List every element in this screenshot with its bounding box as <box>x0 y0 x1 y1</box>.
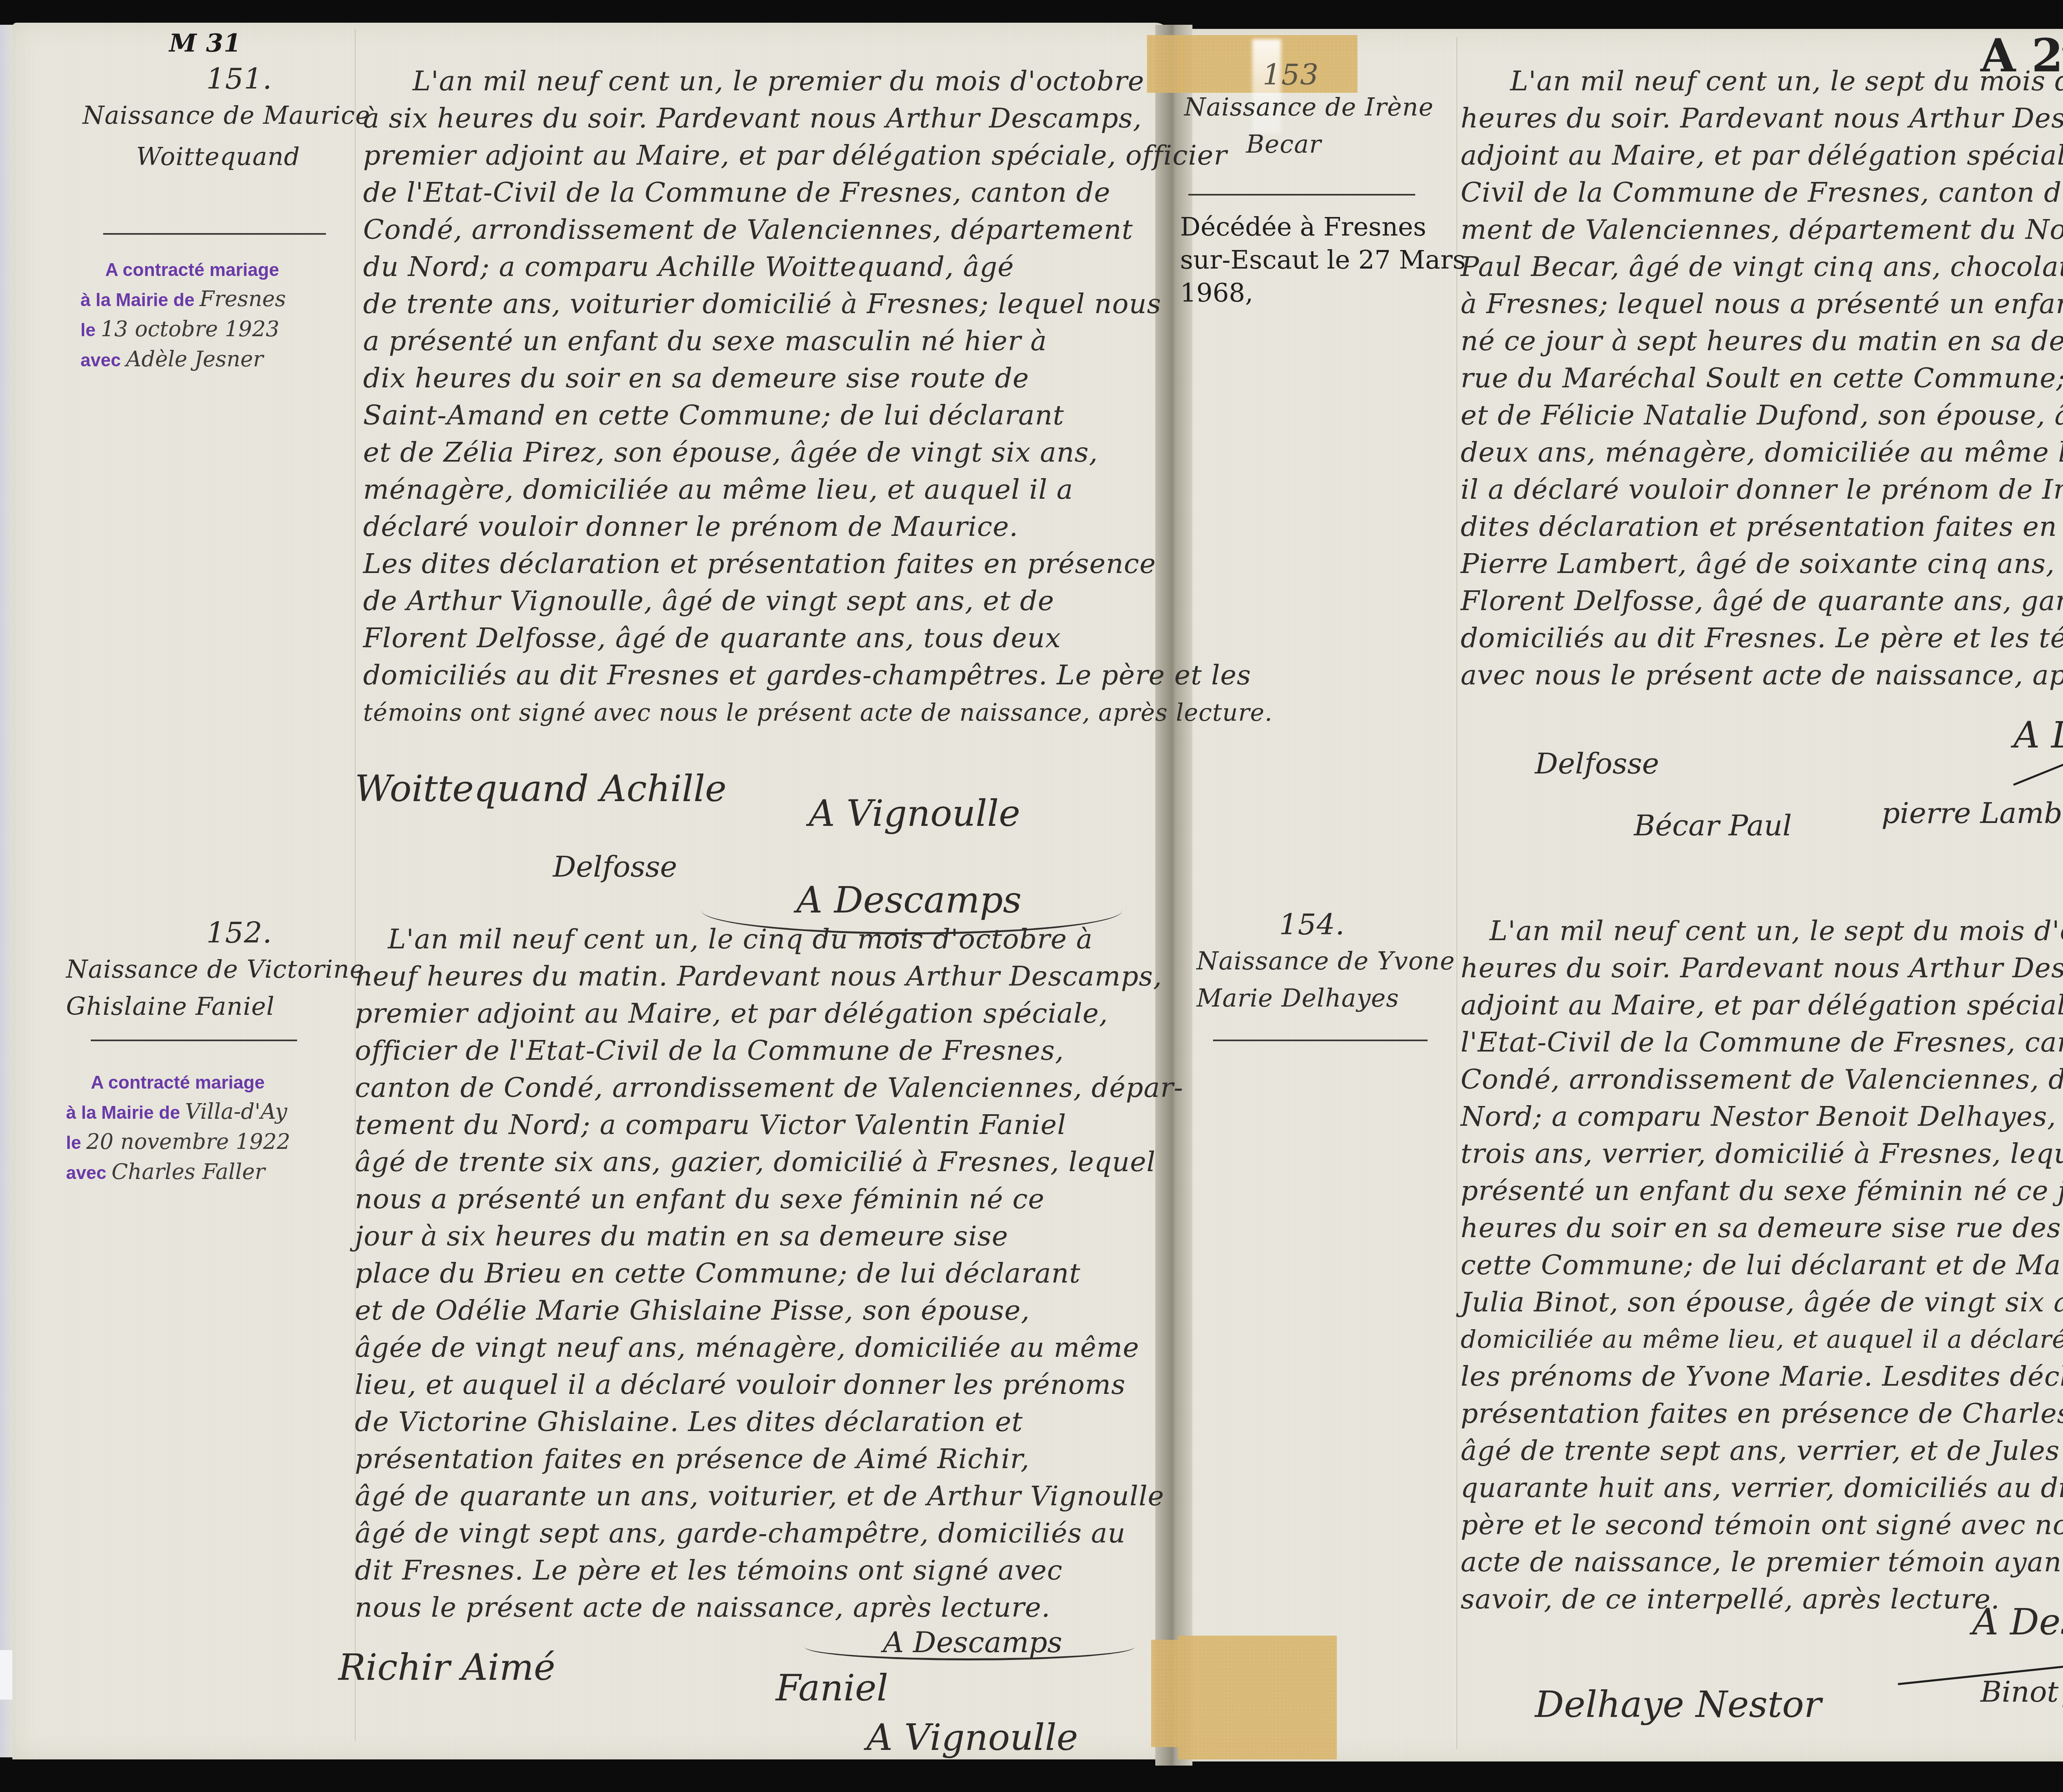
body-line: officier de l'Etat-Civil de la Commune d… <box>355 1031 1064 1070</box>
signature: A Vignoulle <box>809 792 1020 835</box>
body-line: Julia Binot, son épouse, âgée de vingt s… <box>1461 1283 2063 1322</box>
body-line: premier adjoint au Maire, et par délégat… <box>355 994 1108 1033</box>
body-line: et de Zélia Pirez, son épouse, âgée de v… <box>363 433 1098 472</box>
marriage-stamp: A contracté mariage à la Mairie de Fresn… <box>80 256 286 375</box>
stamp-fill: 13 octobre 1923 <box>101 317 279 342</box>
body-line: Florent Delfosse, âgé de quarante ans, g… <box>1461 582 2063 620</box>
stamp-line: A contracté mariage <box>66 1068 290 1097</box>
signature: Faniel <box>776 1667 888 1709</box>
body-line: témoins ont signé avec nous le présent a… <box>363 693 1272 732</box>
body-line: ment de Valenciennes, département du Nor… <box>1461 210 2063 249</box>
body-line: Florent Delfosse, âgé de quarante ans, t… <box>363 619 1061 658</box>
act-number: 154. <box>1279 908 1345 941</box>
body-line: avec nous le présent acte de naissance, … <box>1461 656 2063 695</box>
repair-tape <box>1151 1640 1180 1747</box>
signature: Binot jules <box>1980 1675 2063 1709</box>
body-line: Saint-Amand en cette Commune; de lui déc… <box>363 396 1064 435</box>
margin-title: Naissance de Victorine <box>66 953 365 986</box>
body-line: de Arthur Vignoulle, âgé de vingt sept a… <box>363 582 1054 620</box>
body-line: nous le présent acte de naissance, après… <box>355 1588 1050 1627</box>
signature-flourish <box>805 1634 1135 1660</box>
body-line: à Fresnes; lequel nous a présenté un enf… <box>1461 285 2063 323</box>
margin-title: Woittequand <box>136 140 300 173</box>
act-number: 153 <box>1263 58 1319 92</box>
body-line: âgée de vingt neuf ans, ménagère, domici… <box>355 1328 1139 1367</box>
signature: A Descamps <box>1972 1601 2063 1643</box>
signature: Woittequand Achille <box>355 767 727 810</box>
signature: A Vignoulle <box>866 1716 1078 1759</box>
body-line: dix heures du soir en sa demeure sise ro… <box>363 359 1029 398</box>
stamp-fill: Villa-d'Ay <box>185 1099 288 1124</box>
body-line: domiciliés au dit Fresnes. Le père et le… <box>1461 619 2063 658</box>
body-line: présentation faites en présence de Charl… <box>1461 1394 2063 1433</box>
body-line: et de Félicie Natalie Dufond, son épouse… <box>1461 396 2063 435</box>
section-rule <box>91 1040 297 1041</box>
body-line: savoir, de ce interpellé, après lecture. <box>1461 1580 2000 1619</box>
repair-tape <box>1178 1636 1337 1759</box>
signature: Richir Aimé <box>338 1646 555 1688</box>
body-line: de Victorine Ghislaine. Les dites déclar… <box>355 1403 1023 1441</box>
death-annotation-line: sur-Escaut le 27 Mars <box>1180 243 1466 276</box>
stamp-prefix: à la Mairie de <box>80 290 194 310</box>
stamp-fill: Fresnes <box>200 287 286 311</box>
top-left-marks: M 31 <box>169 29 241 58</box>
body-line: présentation faites en présence de Aimé … <box>355 1440 1030 1478</box>
body-line: trois ans, verrier, domicilié à Fresnes,… <box>1461 1134 2063 1173</box>
body-line: premier adjoint au Maire, et par délégat… <box>363 136 1227 175</box>
death-annotation-line: Décédée à Fresnes <box>1180 210 1466 243</box>
body-line: heures du soir en sa demeure sise rue de… <box>1461 1209 2063 1247</box>
body-line: L'an mil neuf cent un, le sept du mois d… <box>1489 912 2063 950</box>
body-line: dit Fresnes. Le père et les témoins ont … <box>355 1551 1062 1590</box>
signature: Delhaye Nestor <box>1535 1683 1821 1726</box>
margin-title: Becar <box>1246 128 1322 161</box>
death-annotation-line: 1968, <box>1180 276 1466 309</box>
body-line: L'an mil neuf cent un, le cinq du mois d… <box>388 920 1093 959</box>
stamp-prefix: le <box>80 320 96 340</box>
body-line: Pierre Lambert, âgé de soixante cinq ans… <box>1461 545 2063 583</box>
body-line: Les dites déclaration et présentation fa… <box>363 545 1156 583</box>
signature: Bécar Paul <box>1634 809 1792 842</box>
body-line: acte de naissance, le premier témoin aya… <box>1461 1543 2063 1582</box>
death-annotation: Décédée à Fresnes sur-Escaut le 27 Mars … <box>1180 210 1466 309</box>
body-line: quarante huit ans, verrier, domiciliés a… <box>1461 1469 2063 1507</box>
repair-tape <box>1147 35 1184 93</box>
section-rule <box>1188 194 1415 196</box>
section-rule <box>103 233 326 235</box>
stamp-prefix: avec <box>80 350 121 370</box>
body-line: nous a présenté un enfant du sexe fémini… <box>355 1180 1045 1219</box>
body-line: a présenté un enfant du sexe masculin né… <box>363 322 1047 361</box>
body-line: de trente ans, voiturier domicilié à Fre… <box>363 285 1161 323</box>
body-line: cette Commune; de lui déclarant et de Ma… <box>1461 1246 2063 1285</box>
body-line: Condé, arrondissement de Valenciennes, d… <box>363 210 1133 249</box>
body-line: heures du soir. Pardevant nous Arthur De… <box>1461 99 2063 138</box>
body-line: canton de Condé, arrondissement de Valen… <box>355 1068 1183 1107</box>
stamp-prefix: avec <box>66 1163 106 1183</box>
body-line: rue du Maréchal Soult en cette Commune; … <box>1461 359 2063 398</box>
body-line: âgé de vingt sept ans, garde-champêtre, … <box>355 1514 1126 1553</box>
body-line: Paul Becar, âgé de vingt cinq ans, choco… <box>1461 248 2063 286</box>
body-line: l'Etat-Civil de la Commune de Fresnes, c… <box>1461 1023 2063 1062</box>
body-line: ménagère, domiciliée au même lieu, et au… <box>363 470 1073 509</box>
body-line: place du Brieu en cette Commune; de lui … <box>355 1254 1081 1293</box>
stamp-fill: Charles Faller <box>111 1160 265 1184</box>
body-line: né ce jour à sept heures du matin en sa … <box>1461 322 2063 361</box>
body-line: et de Odélie Marie Ghislaine Pisse, son … <box>355 1291 1030 1330</box>
body-line: jour à six heures du matin en sa demeure… <box>355 1217 1008 1256</box>
body-line: âgé de trente six ans, gazier, domicilié… <box>355 1143 1156 1181</box>
body-line: Condé, arrondissement de Valenciennes, d… <box>1461 1060 2063 1099</box>
body-line: du Nord; a comparu Achille Woittequand, … <box>363 248 1014 286</box>
body-line: tement du Nord; a comparu Victor Valenti… <box>355 1106 1066 1144</box>
signature: A Descamps <box>2013 714 2063 756</box>
margin-title: Naissance de Yvone <box>1197 945 1455 978</box>
body-line: domiciliés au dit Fresnes et gardes-cham… <box>363 656 1251 695</box>
body-line: L'an mil neuf cent un, le premier du moi… <box>413 62 1145 101</box>
body-line: L'an mil neuf cent un, le sept du mois d… <box>1510 62 2063 101</box>
body-line: Civil de la Commune de Fresnes, canton d… <box>1461 173 2063 212</box>
body-line: de l'Etat-Civil de la Commune de Fresnes… <box>363 173 1111 212</box>
body-line: âgé de trente sept ans, verrier, et de J… <box>1461 1431 2063 1470</box>
body-line: père et le second témoin ont signé avec … <box>1461 1506 2063 1544</box>
body-line: il a déclaré vouloir donner le prénom de… <box>1461 470 2063 509</box>
marriage-stamp: A contracté mariage à la Mairie de Villa… <box>66 1068 290 1188</box>
body-line: heures du soir. Pardevant nous Arthur De… <box>1461 949 2063 988</box>
margin-title: Ghislaine Faniel <box>66 990 275 1023</box>
signature: Delfosse <box>553 850 677 884</box>
margin-title: Naissance de Irène <box>1184 91 1434 124</box>
stamp-prefix: à la Mairie de <box>66 1103 180 1123</box>
signature: pierre Lambey <box>1881 796 2063 830</box>
act-number: 152. <box>206 916 272 950</box>
signature: Delfosse <box>1535 747 1659 780</box>
body-line: déclaré vouloir donner le prénom de Maur… <box>363 507 1018 546</box>
body-line: lieu, et auquel il a déclaré vouloir don… <box>355 1365 1126 1404</box>
stamp-fill: Adèle Jesner <box>126 347 263 372</box>
body-line: à six heures du soir. Pardevant nous Art… <box>363 99 1142 138</box>
body-line: neuf heures du matin. Pardevant nous Art… <box>355 957 1162 996</box>
body-line: deux ans, ménagère, domiciliée au même l… <box>1461 433 2063 472</box>
stamp-fill: 20 novembre 1922 <box>86 1129 290 1154</box>
body-line: dites déclaration et présentation faites… <box>1461 507 2063 546</box>
margin-title: Marie Delhayes <box>1197 982 1399 1015</box>
stamp-line: A contracté mariage <box>80 256 286 285</box>
body-line: Nord; a comparu Nestor Benoit Delhayes, … <box>1461 1097 2063 1136</box>
margin-title: Naissance de Maurice <box>83 99 370 132</box>
body-line: les prénoms de Yvone Marie. Lesdites déc… <box>1461 1357 2063 1396</box>
body-line: domiciliée au même lieu, et auquel il a … <box>1461 1320 2063 1359</box>
stamp-prefix: le <box>66 1133 81 1153</box>
act-number: 151. <box>206 62 272 96</box>
section-rule <box>1213 1040 1428 1041</box>
body-line: adjoint au Maire, et par délégation spéc… <box>1461 136 2063 175</box>
body-line: âgé de quarante un ans, voiturier, et de… <box>355 1477 1164 1516</box>
body-line: présenté un enfant du sexe féminin né ce… <box>1461 1172 2063 1210</box>
body-line: adjoint au Maire, et par délégation spéc… <box>1461 986 2063 1025</box>
